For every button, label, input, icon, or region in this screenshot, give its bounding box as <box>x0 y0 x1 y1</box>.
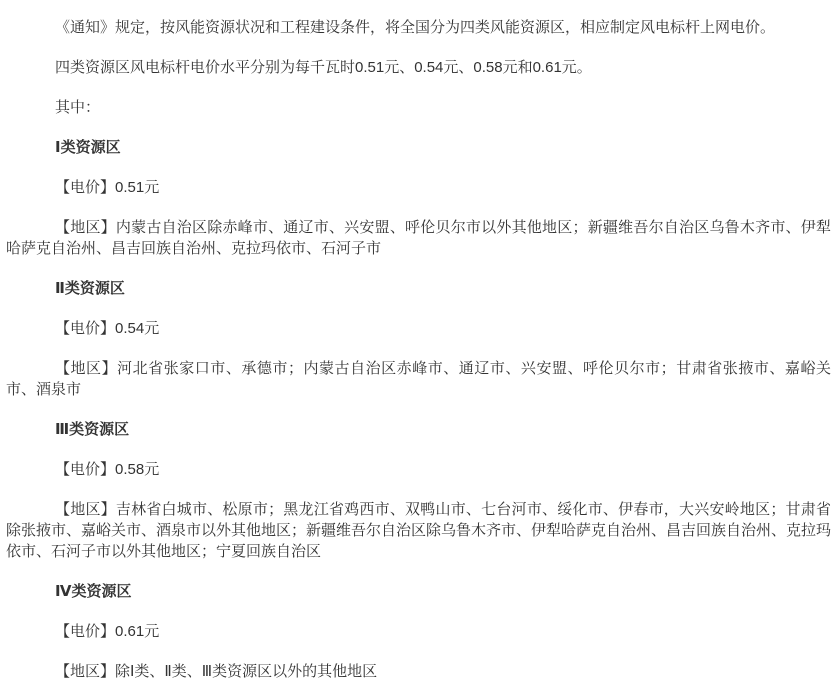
price-line-zone-2: 【电价】0.54元 <box>6 318 831 339</box>
section-heading-zone-2: Ⅱ类资源区 <box>6 278 831 299</box>
intro-paragraph-among: 其中： <box>6 97 831 118</box>
region-line-zone-2: 【地区】河北省张家口市、承德市；内蒙古自治区赤峰市、通辽市、兴安盟、呼伦贝尔市；… <box>6 358 831 400</box>
region-line-zone-1: 【地区】内蒙古自治区除赤峰市、通辽市、兴安盟、呼伦贝尔市以外其他地区；新疆维吾尔… <box>6 217 831 259</box>
price-line-zone-1: 【电价】0.51元 <box>6 177 831 198</box>
intro-paragraph-prices: 四类资源区风电标杆电价水平分别为每千瓦时0.51元、0.54元、0.58元和0.… <box>6 57 831 78</box>
section-heading-zone-4: Ⅳ类资源区 <box>6 581 831 602</box>
region-line-zone-4: 【地区】除Ⅰ类、Ⅱ类、Ⅲ类资源区以外的其他地区 <box>6 661 831 682</box>
article-content: 《通知》规定，按风能资源状况和工程建设条件，将全国分为四类风能资源区，相应制定风… <box>0 0 837 682</box>
section-heading-zone-3: Ⅲ类资源区 <box>6 419 831 440</box>
price-line-zone-3: 【电价】0.58元 <box>6 459 831 480</box>
intro-paragraph-notice: 《通知》规定，按风能资源状况和工程建设条件，将全国分为四类风能资源区，相应制定风… <box>6 17 831 38</box>
price-line-zone-4: 【电价】0.61元 <box>6 621 831 642</box>
region-line-zone-3: 【地区】吉林省白城市、松原市；黑龙江省鸡西市、双鸭山市、七台河市、绥化市、伊春市… <box>6 499 831 562</box>
section-heading-zone-1: Ⅰ类资源区 <box>6 137 831 158</box>
